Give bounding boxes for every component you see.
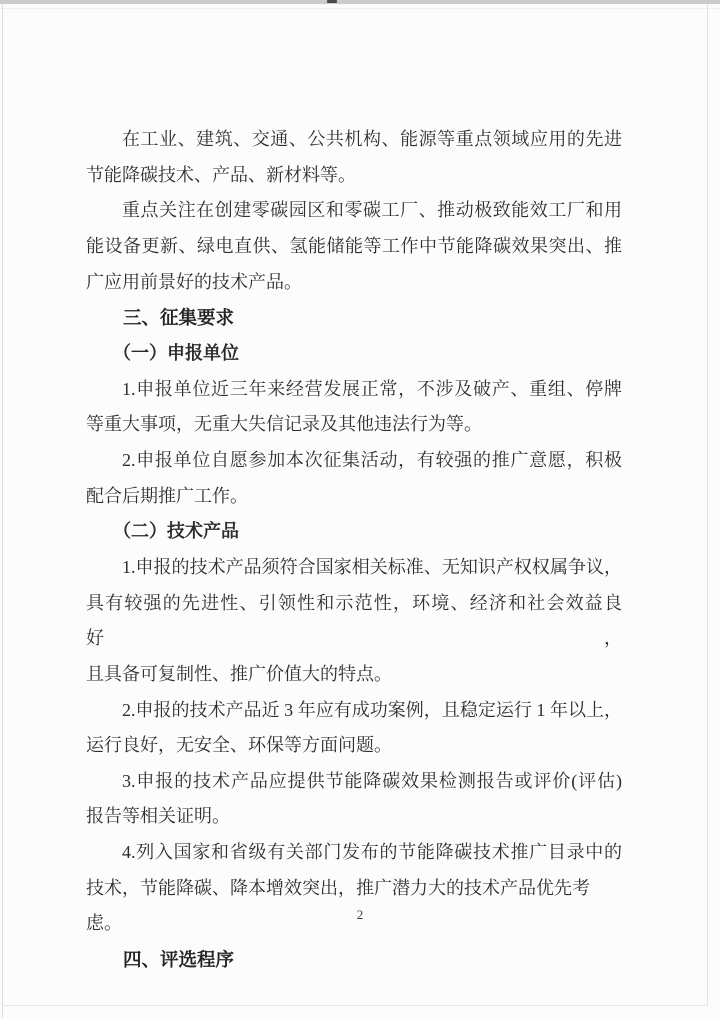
- body-text-line: 2.申报单位自愿参加本次征集活动，有较强的推广意愿，积极: [86, 443, 622, 479]
- body-text-line: 节能降碳技术、产品、新材料等。: [86, 158, 622, 194]
- document-text-block: 在工业、建筑、交通、公共机构、能源等重点领域应用的先进节能降碳技术、产品、新材料…: [86, 122, 622, 978]
- body-text-line: 在工业、建筑、交通、公共机构、能源等重点领域应用的先进: [86, 122, 622, 158]
- body-text-line: 重点关注在创建零碳园区和零碳工厂、推动极致能效工厂和用: [86, 193, 622, 229]
- body-text-line: 1.申报单位近三年来经营发展正常，不涉及破产、重组、停牌: [86, 372, 622, 408]
- scan-edge-bottom: [2, 1005, 708, 1006]
- scanned-document-page: 在工业、建筑、交通、公共机构、能源等重点领域应用的先进节能降碳技术、产品、新材料…: [0, 0, 720, 1018]
- body-text-line: 能设备更新、绿电直供、氢能储能等工作中节能降碳效果突出、推: [86, 229, 622, 265]
- body-text-line: 配合后期推广工作。: [86, 479, 622, 515]
- body-text-line: 且具备可复制性、推广价值大的特点。: [86, 657, 622, 693]
- body-text-line: 等重大事项，无重大失信记录及其他违法行为等。: [86, 407, 622, 443]
- scan-edge-top: [0, 0, 720, 4]
- body-text-line: 3.申报的技术产品应提供节能降碳效果检测报告或评价(评估): [86, 764, 622, 800]
- page-number: 2: [0, 904, 720, 926]
- scan-edge-right: [707, 4, 708, 1006]
- body-text-line: 运行良好，无安全、环保等方面问题。: [86, 728, 622, 764]
- section-heading: 三、征集要求: [86, 300, 622, 336]
- body-text-line: 具有较强的先进性、引领性和示范性，环境、经济和社会效益良好，: [86, 586, 622, 657]
- scan-smudge-artifact: [327, 0, 337, 3]
- body-text-line: 报告等相关证明。: [86, 799, 622, 835]
- scan-edge-left: [2, 4, 3, 1018]
- scan-edge-top-faint: [0, 8, 720, 9]
- body-text-line: 1.申报的技术产品须符合国家相关标准、无知识产权权属争议，: [86, 550, 622, 586]
- body-text-line: 广应用前景好的技术产品。: [86, 265, 622, 301]
- sub-section-heading: （一）申报单位: [86, 336, 622, 372]
- sub-section-heading: （二）技术产品: [86, 514, 622, 550]
- body-text-line: 4.列入国家和省级有关部门发布的节能降碳技术推广目录中的: [86, 835, 622, 871]
- section-heading: 四、评选程序: [86, 942, 622, 978]
- body-text-line: 2.申报的技术产品近 3 年应有成功案例，且稳定运行 1 年以上，: [86, 693, 622, 729]
